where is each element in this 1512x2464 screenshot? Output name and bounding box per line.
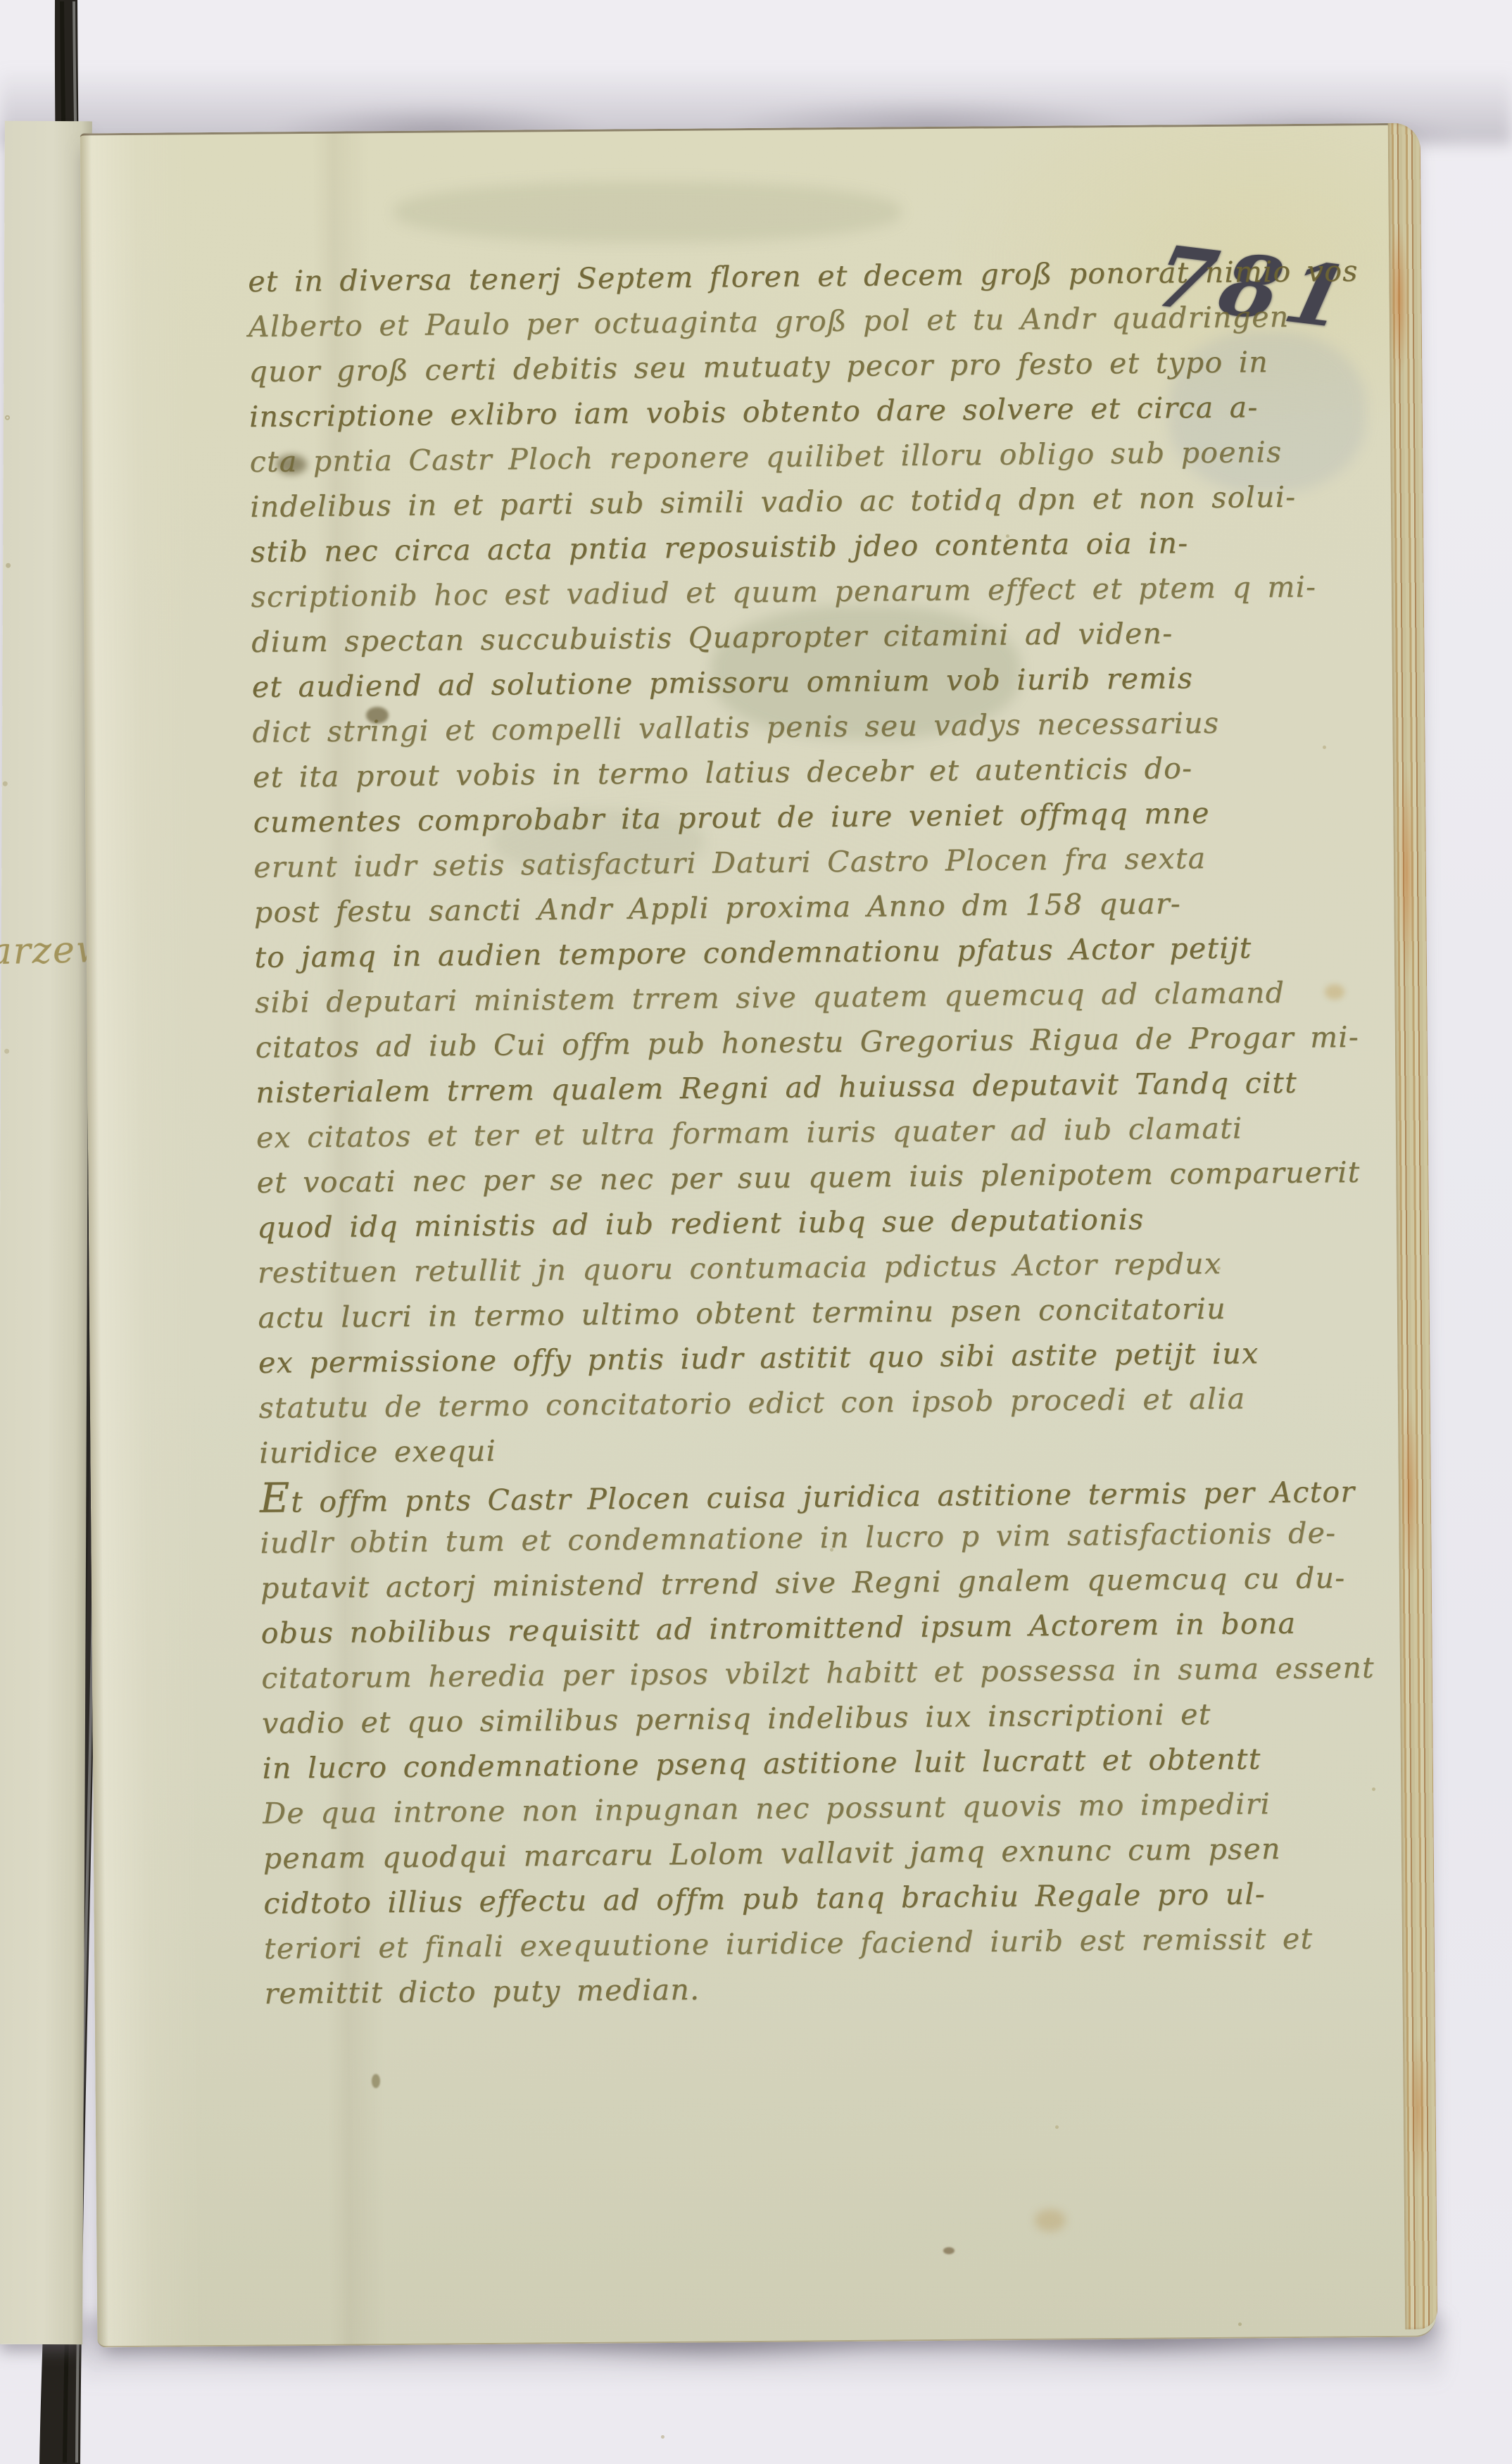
facing-page-edge: arzewo: [0, 121, 92, 2345]
page-fore-edge-stack: [1388, 123, 1438, 2330]
manuscript-photo: { "photo": { "background_color": "#ebeae…: [0, 0, 1512, 2464]
stray-ink-mark: [372, 2074, 380, 2088]
verso-ink-specks: [6, 417, 8, 419]
paper-stain: [1035, 2209, 1066, 2232]
ink-showthrough: [394, 182, 901, 242]
paper-stain: [943, 2247, 955, 2254]
manuscript-text-block: et in diversa tenerj Septem floren et de…: [248, 249, 1377, 2016]
